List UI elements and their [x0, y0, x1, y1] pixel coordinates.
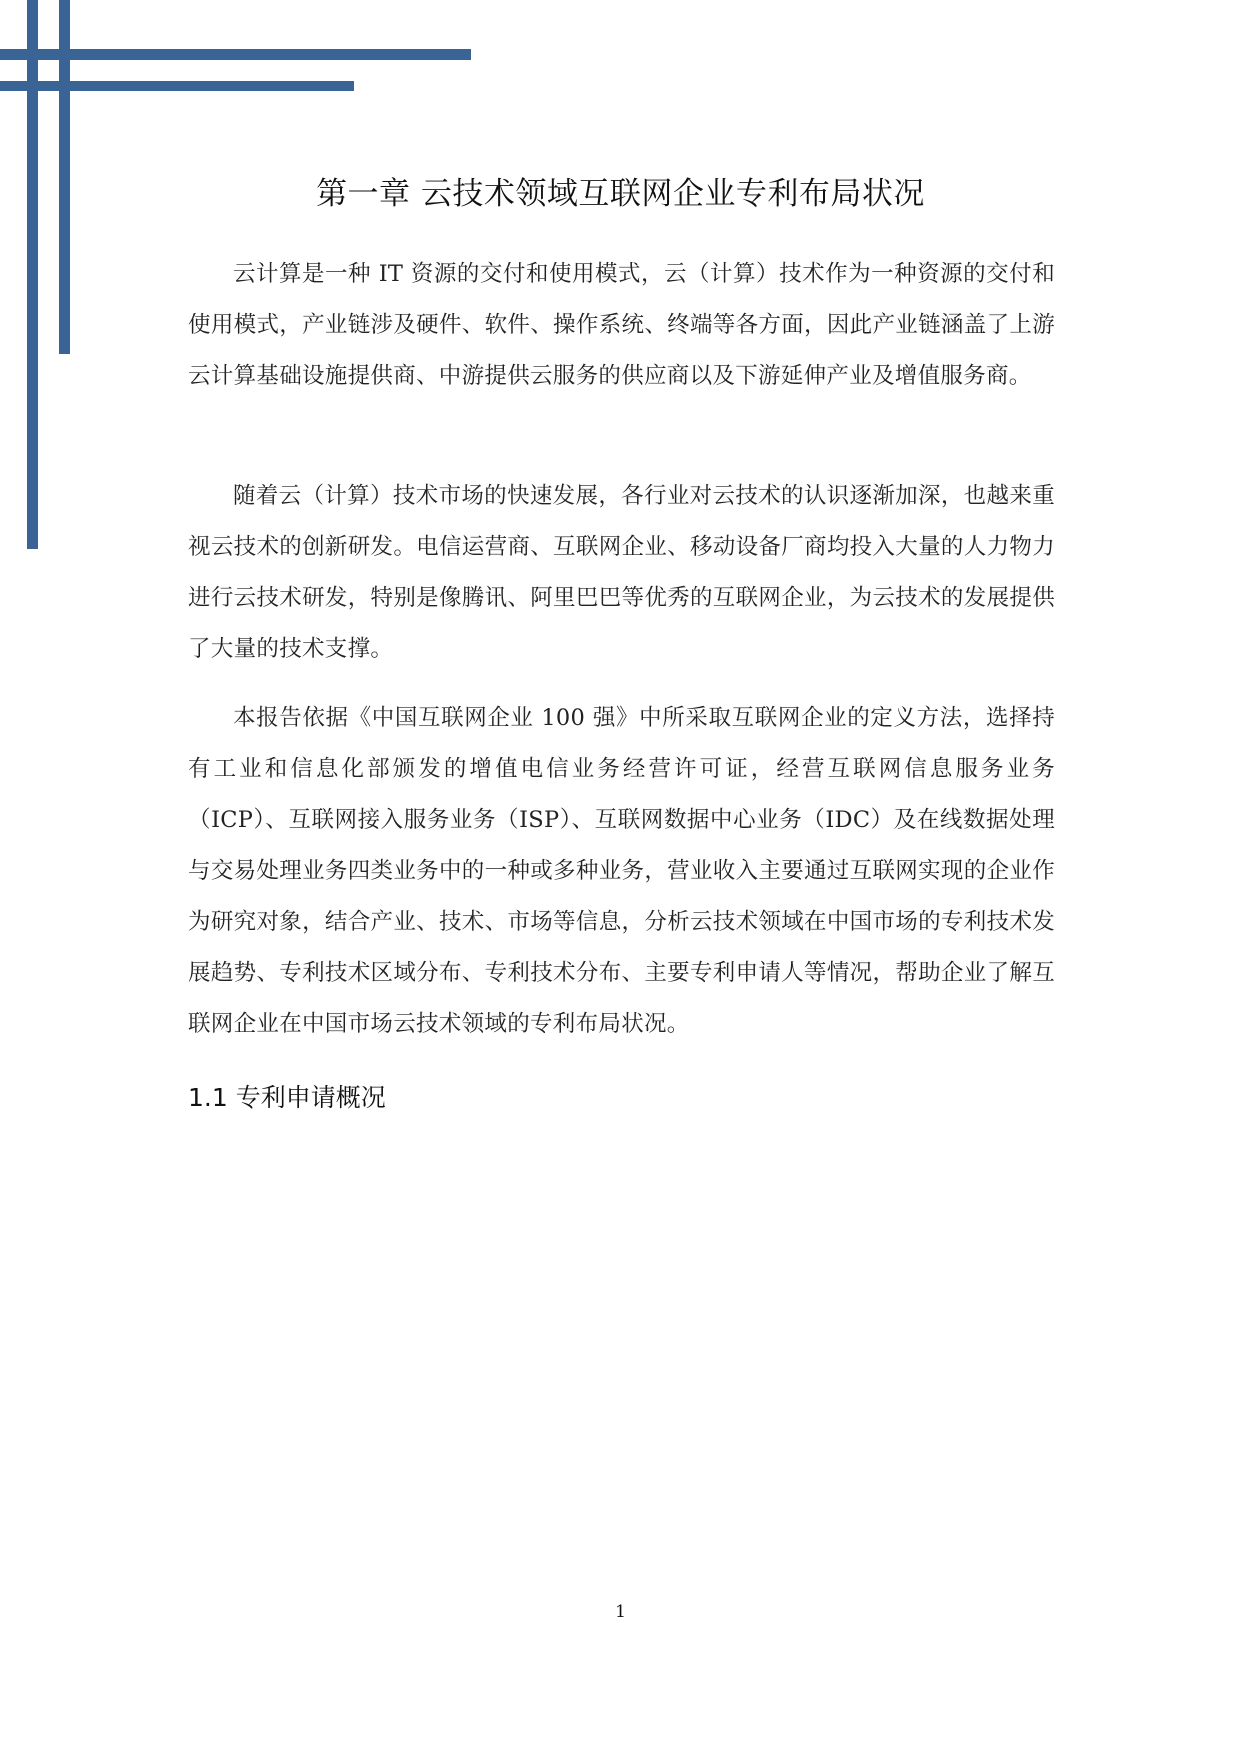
- page-number: 1: [0, 1602, 1241, 1622]
- section-heading: 1.1 专利申请概况: [188, 1078, 386, 1114]
- paragraph-market: 随着云（计算）技术市场的快速发展，各行业对云技术的认识逐渐加深，也越来重视云技术…: [188, 471, 1055, 675]
- paragraph-scope: 本报告依据《中国互联网企业 100 强》中所采取互联网企业的定义方法，选择持有工…: [188, 693, 1055, 1050]
- paragraph-intro: 云计算是一种 IT 资源的交付和使用模式，云（计算）技术作为一种资源的交付和使用…: [188, 249, 1055, 402]
- decorative-horizontal-bar-short: [0, 81, 354, 91]
- decorative-horizontal-bar-long: [0, 49, 471, 60]
- chapter-title: 第一章 云技术领域互联网企业专利布局状况: [0, 168, 1241, 213]
